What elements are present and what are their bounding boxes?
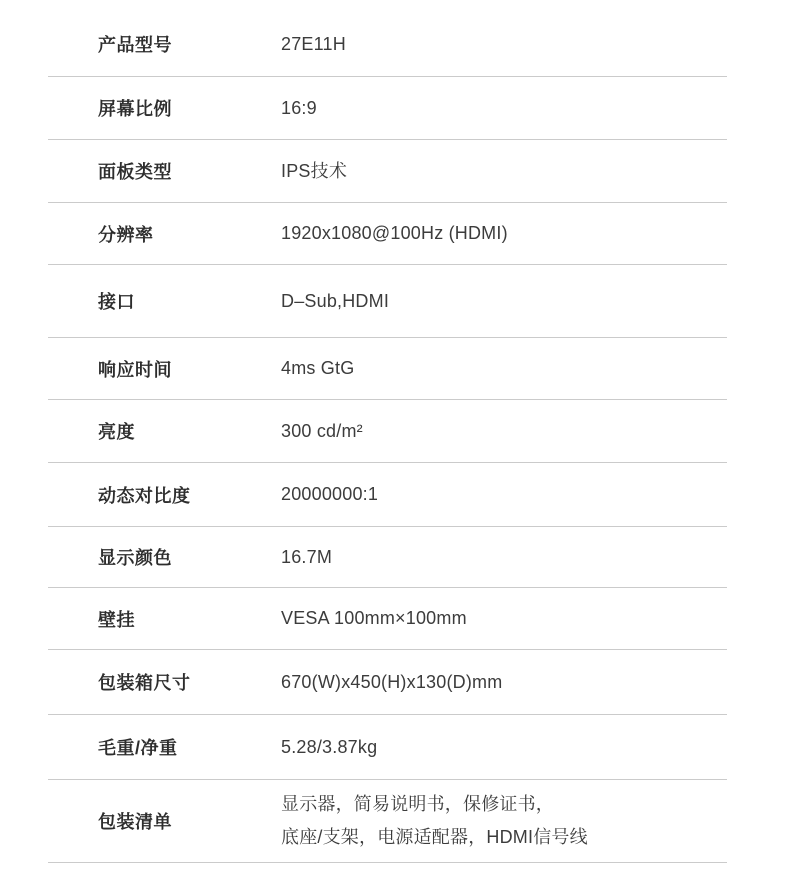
spec-label: 显示颜色 <box>48 544 281 570</box>
table-row: 毛重/净重 5.28/3.87kg <box>48 715 727 780</box>
spec-label: 包装清单 <box>48 808 281 834</box>
spec-label: 屏幕比例 <box>48 95 281 121</box>
table-row: 响应时间 4ms GtG <box>48 338 727 400</box>
spec-value: 显示器，简易说明书，保修证书， 底座/支架，电源适配器，HDMI信号线 <box>281 788 588 854</box>
spec-label: 壁挂 <box>48 606 281 632</box>
spec-label: 产品型号 <box>48 31 281 57</box>
spec-value: 300 cd/m² <box>281 415 363 448</box>
spec-label: 分辨率 <box>48 221 281 247</box>
spec-label: 动态对比度 <box>48 482 281 508</box>
spec-value: IPS技术 <box>281 155 347 188</box>
spec-value: 20000000:1 <box>281 478 378 511</box>
spec-value: D–Sub,HDMI <box>281 285 389 318</box>
table-row: 接口 D–Sub,HDMI <box>48 265 727 338</box>
spec-value: 1920x1080@100Hz (HDMI) <box>281 217 508 250</box>
table-row: 动态对比度 20000000:1 <box>48 463 727 527</box>
spec-value: 16:9 <box>281 92 317 125</box>
spec-label: 毛重/净重 <box>48 734 281 760</box>
table-row: 产品型号 27E11H <box>48 12 727 77</box>
table-row: 壁挂 VESA 100mm×100mm <box>48 588 727 650</box>
table-row: 屏幕比例 16:9 <box>48 77 727 140</box>
product-spec-table: 产品型号 27E11H 屏幕比例 16:9 面板类型 IPS技术 分辨率 192… <box>48 12 727 863</box>
table-row: 亮度 300 cd/m² <box>48 400 727 463</box>
table-row: 分辨率 1920x1080@100Hz (HDMI) <box>48 203 727 265</box>
spec-label: 包装箱尺寸 <box>48 669 281 695</box>
spec-value: 4ms GtG <box>281 352 354 385</box>
spec-value: 5.28/3.87kg <box>281 731 377 764</box>
table-row: 包装清单 显示器，简易说明书，保修证书， 底座/支架，电源适配器，HDMI信号线 <box>48 780 727 863</box>
spec-label: 亮度 <box>48 418 281 444</box>
table-row: 包装箱尺寸 670(W)x450(H)x130(D)mm <box>48 650 727 715</box>
spec-value: 16.7M <box>281 541 332 574</box>
spec-label: 响应时间 <box>48 356 281 382</box>
spec-label: 面板类型 <box>48 158 281 184</box>
spec-value: VESA 100mm×100mm <box>281 602 467 635</box>
table-row: 面板类型 IPS技术 <box>48 140 727 203</box>
spec-value: 670(W)x450(H)x130(D)mm <box>281 666 502 699</box>
table-row: 显示颜色 16.7M <box>48 527 727 588</box>
spec-label: 接口 <box>48 288 281 314</box>
spec-value: 27E11H <box>281 28 346 61</box>
